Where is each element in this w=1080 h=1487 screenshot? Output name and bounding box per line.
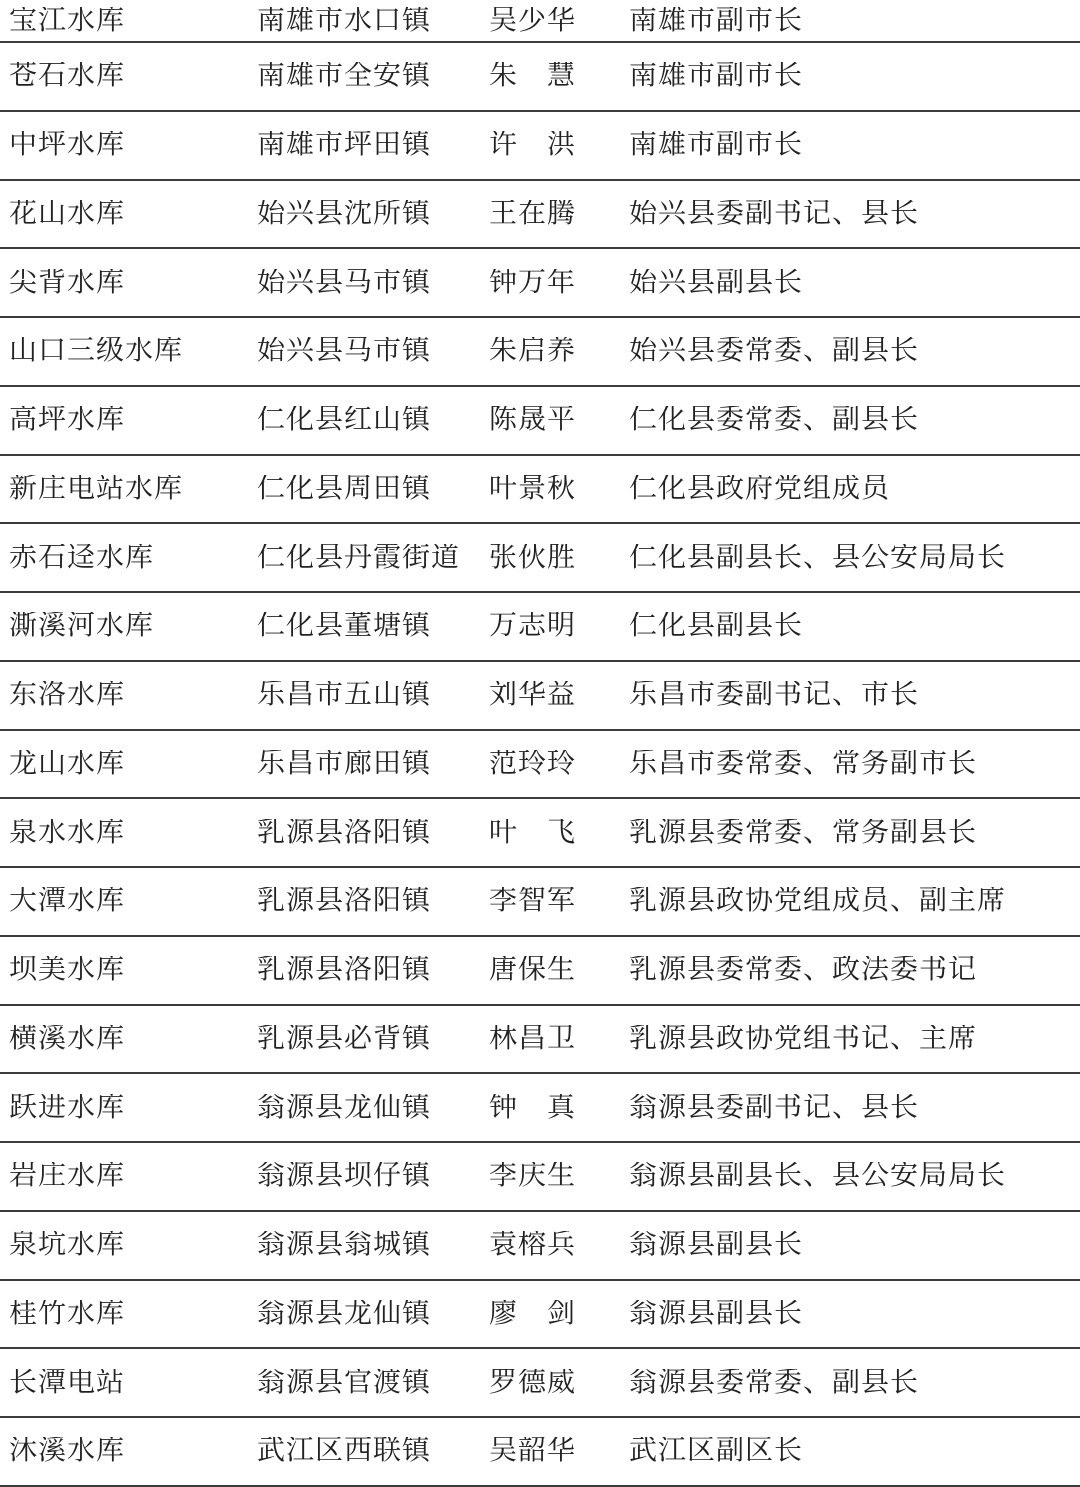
reservoir-name-cell: 跃进水库	[0, 1094, 257, 1122]
person-name-cell: 李庆生	[489, 1162, 629, 1190]
reservoir-name-cell: 长潭电站	[0, 1369, 257, 1397]
table-row: 山口三级水库 始兴县马市镇 朱启养 始兴县委常委、副县长	[0, 318, 1080, 387]
reservoir-name-cell: 澌溪河水库	[0, 612, 257, 640]
town-cell: 南雄市全安镇	[257, 62, 489, 90]
reservoir-name-cell: 大潭水库	[0, 887, 257, 915]
position-cell: 翁源县副县长	[629, 1300, 1080, 1328]
town-cell: 仁化县红山镇	[257, 406, 489, 434]
table-row: 沐溪水库 武江区西联镇 吴韶华 武江区副区长	[0, 1418, 1080, 1487]
town-cell: 乳源县必背镇	[257, 1025, 489, 1053]
table-row: 泉坑水库 翁源县翁城镇 袁榕兵 翁源县副县长	[0, 1212, 1080, 1281]
person-name-cell: 朱启养	[489, 337, 629, 365]
position-cell: 南雄市副市长	[629, 62, 1080, 90]
person-name-cell: 许 洪	[489, 131, 629, 159]
person-name-cell: 钟万年	[489, 269, 629, 297]
reservoir-name-cell: 尖背水库	[0, 269, 257, 297]
town-cell: 翁源县龙仙镇	[257, 1094, 489, 1122]
town-cell: 仁化县丹霞街道	[257, 544, 489, 572]
town-cell: 乐昌市五山镇	[257, 681, 489, 709]
person-name-cell: 吴少华	[489, 7, 629, 35]
person-name-cell: 万志明	[489, 612, 629, 640]
town-cell: 翁源县翁城镇	[257, 1231, 489, 1259]
person-name-cell: 朱 慧	[489, 62, 629, 90]
town-cell: 南雄市水口镇	[257, 7, 489, 35]
person-name-cell: 廖 剑	[489, 1300, 629, 1328]
town-cell: 乳源县洛阳镇	[257, 956, 489, 984]
town-cell: 翁源县龙仙镇	[257, 1300, 489, 1328]
town-cell: 始兴县马市镇	[257, 269, 489, 297]
reservoir-table: 宝江水库 南雄市水口镇 吴少华 南雄市副市长 苍石水库 南雄市全安镇 朱 慧 南…	[0, 0, 1080, 1487]
reservoir-name-cell: 花山水库	[0, 200, 257, 228]
position-cell: 乳源县委常委、政法委书记	[629, 956, 1080, 984]
table-row: 岩庄水库 翁源县坝仔镇 李庆生 翁源县副县长、县公安局局长	[0, 1143, 1080, 1212]
position-cell: 仁化县委常委、副县长	[629, 406, 1080, 434]
position-cell: 仁化县副县长、县公安局局长	[629, 544, 1080, 572]
table-row: 中坪水库 南雄市坪田镇 许 洪 南雄市副市长	[0, 112, 1080, 181]
town-cell: 翁源县坝仔镇	[257, 1162, 489, 1190]
position-cell: 始兴县委常委、副县长	[629, 337, 1080, 365]
reservoir-name-cell: 中坪水库	[0, 131, 257, 159]
position-cell: 翁源县副县长、县公安局局长	[629, 1162, 1080, 1190]
position-cell: 乳源县政协党组成员、副主席	[629, 887, 1080, 915]
reservoir-name-cell: 新庄电站水库	[0, 475, 257, 503]
table-row: 泉水水库 乳源县洛阳镇 叶 飞 乳源县委常委、常务副县长	[0, 799, 1080, 868]
table-row: 新庄电站水库 仁化县周田镇 叶景秋 仁化县政府党组成员	[0, 456, 1080, 525]
person-name-cell: 钟 真	[489, 1094, 629, 1122]
town-cell: 乐昌市廊田镇	[257, 750, 489, 778]
town-cell: 南雄市坪田镇	[257, 131, 489, 159]
reservoir-name-cell: 龙山水库	[0, 750, 257, 778]
person-name-cell: 李智军	[489, 887, 629, 915]
position-cell: 乐昌市委常委、常务副市长	[629, 750, 1080, 778]
reservoir-name-cell: 坝美水库	[0, 956, 257, 984]
table-row: 坝美水库 乳源县洛阳镇 唐保生 乳源县委常委、政法委书记	[0, 937, 1080, 1006]
person-name-cell: 张伙胜	[489, 544, 629, 572]
table-row: 桂竹水库 翁源县龙仙镇 廖 剑 翁源县副县长	[0, 1281, 1080, 1350]
person-name-cell: 王在腾	[489, 200, 629, 228]
table-row: 尖背水库 始兴县马市镇 钟万年 始兴县副县长	[0, 249, 1080, 318]
town-cell: 仁化县董塘镇	[257, 612, 489, 640]
table-row: 跃进水库 翁源县龙仙镇 钟 真 翁源县委副书记、县长	[0, 1074, 1080, 1143]
table-row: 花山水库 始兴县沈所镇 王在腾 始兴县委副书记、县长	[0, 181, 1080, 250]
position-cell: 翁源县委常委、副县长	[629, 1369, 1080, 1397]
reservoir-name-cell: 苍石水库	[0, 62, 257, 90]
table-row: 苍石水库 南雄市全安镇 朱 慧 南雄市副市长	[0, 43, 1080, 112]
person-name-cell: 陈晟平	[489, 406, 629, 434]
person-name-cell: 范玲玲	[489, 750, 629, 778]
reservoir-name-cell: 东洛水库	[0, 681, 257, 709]
position-cell: 武江区副区长	[629, 1437, 1080, 1465]
town-cell: 始兴县沈所镇	[257, 200, 489, 228]
table-row: 澌溪河水库 仁化县董塘镇 万志明 仁化县副县长	[0, 593, 1080, 662]
person-name-cell: 叶 飞	[489, 819, 629, 847]
town-cell: 乳源县洛阳镇	[257, 819, 489, 847]
table-row: 龙山水库 乐昌市廊田镇 范玲玲 乐昌市委常委、常务副市长	[0, 731, 1080, 800]
table-row: 横溪水库 乳源县必背镇 林昌卫 乳源县政协党组书记、主席	[0, 1006, 1080, 1075]
position-cell: 翁源县副县长	[629, 1231, 1080, 1259]
position-cell: 始兴县副县长	[629, 269, 1080, 297]
person-name-cell: 刘华益	[489, 681, 629, 709]
person-name-cell: 袁榕兵	[489, 1231, 629, 1259]
table-row: 长潭电站 翁源县官渡镇 罗德威 翁源县委常委、副县长	[0, 1349, 1080, 1418]
town-cell: 翁源县官渡镇	[257, 1369, 489, 1397]
position-cell: 乳源县政协党组书记、主席	[629, 1025, 1080, 1053]
person-name-cell: 吴韶华	[489, 1437, 629, 1465]
position-cell: 南雄市副市长	[629, 131, 1080, 159]
person-name-cell: 罗德威	[489, 1369, 629, 1397]
person-name-cell: 叶景秋	[489, 475, 629, 503]
position-cell: 仁化县政府党组成员	[629, 475, 1080, 503]
table-row: 高坪水库 仁化县红山镇 陈晟平 仁化县委常委、副县长	[0, 387, 1080, 456]
position-cell: 乐昌市委副书记、市长	[629, 681, 1080, 709]
reservoir-name-cell: 高坪水库	[0, 406, 257, 434]
table-row: 大潭水库 乳源县洛阳镇 李智军 乳源县政协党组成员、副主席	[0, 868, 1080, 937]
position-cell: 翁源县委副书记、县长	[629, 1094, 1080, 1122]
reservoir-name-cell: 宝江水库	[0, 7, 257, 35]
reservoir-name-cell: 山口三级水库	[0, 337, 257, 365]
position-cell: 南雄市副市长	[629, 7, 1080, 35]
reservoir-name-cell: 泉坑水库	[0, 1231, 257, 1259]
person-name-cell: 林昌卫	[489, 1025, 629, 1053]
town-cell: 始兴县马市镇	[257, 337, 489, 365]
town-cell: 武江区西联镇	[257, 1437, 489, 1465]
reservoir-name-cell: 岩庄水库	[0, 1162, 257, 1190]
town-cell: 乳源县洛阳镇	[257, 887, 489, 915]
town-cell: 仁化县周田镇	[257, 475, 489, 503]
reservoir-name-cell: 赤石迳水库	[0, 544, 257, 572]
position-cell: 乳源县委常委、常务副县长	[629, 819, 1080, 847]
reservoir-name-cell: 桂竹水库	[0, 1300, 257, 1328]
reservoir-name-cell: 横溪水库	[0, 1025, 257, 1053]
table-row: 东洛水库 乐昌市五山镇 刘华益 乐昌市委副书记、市长	[0, 662, 1080, 731]
table-row: 赤石迳水库 仁化县丹霞街道 张伙胜 仁化县副县长、县公安局局长	[0, 524, 1080, 593]
table-row: 宝江水库 南雄市水口镇 吴少华 南雄市副市长	[0, 0, 1080, 43]
position-cell: 始兴县委副书记、县长	[629, 200, 1080, 228]
document-page: 宝江水库 南雄市水口镇 吴少华 南雄市副市长 苍石水库 南雄市全安镇 朱 慧 南…	[0, 0, 1080, 1487]
position-cell: 仁化县副县长	[629, 612, 1080, 640]
person-name-cell: 唐保生	[489, 956, 629, 984]
reservoir-name-cell: 沐溪水库	[0, 1437, 257, 1465]
reservoir-name-cell: 泉水水库	[0, 819, 257, 847]
